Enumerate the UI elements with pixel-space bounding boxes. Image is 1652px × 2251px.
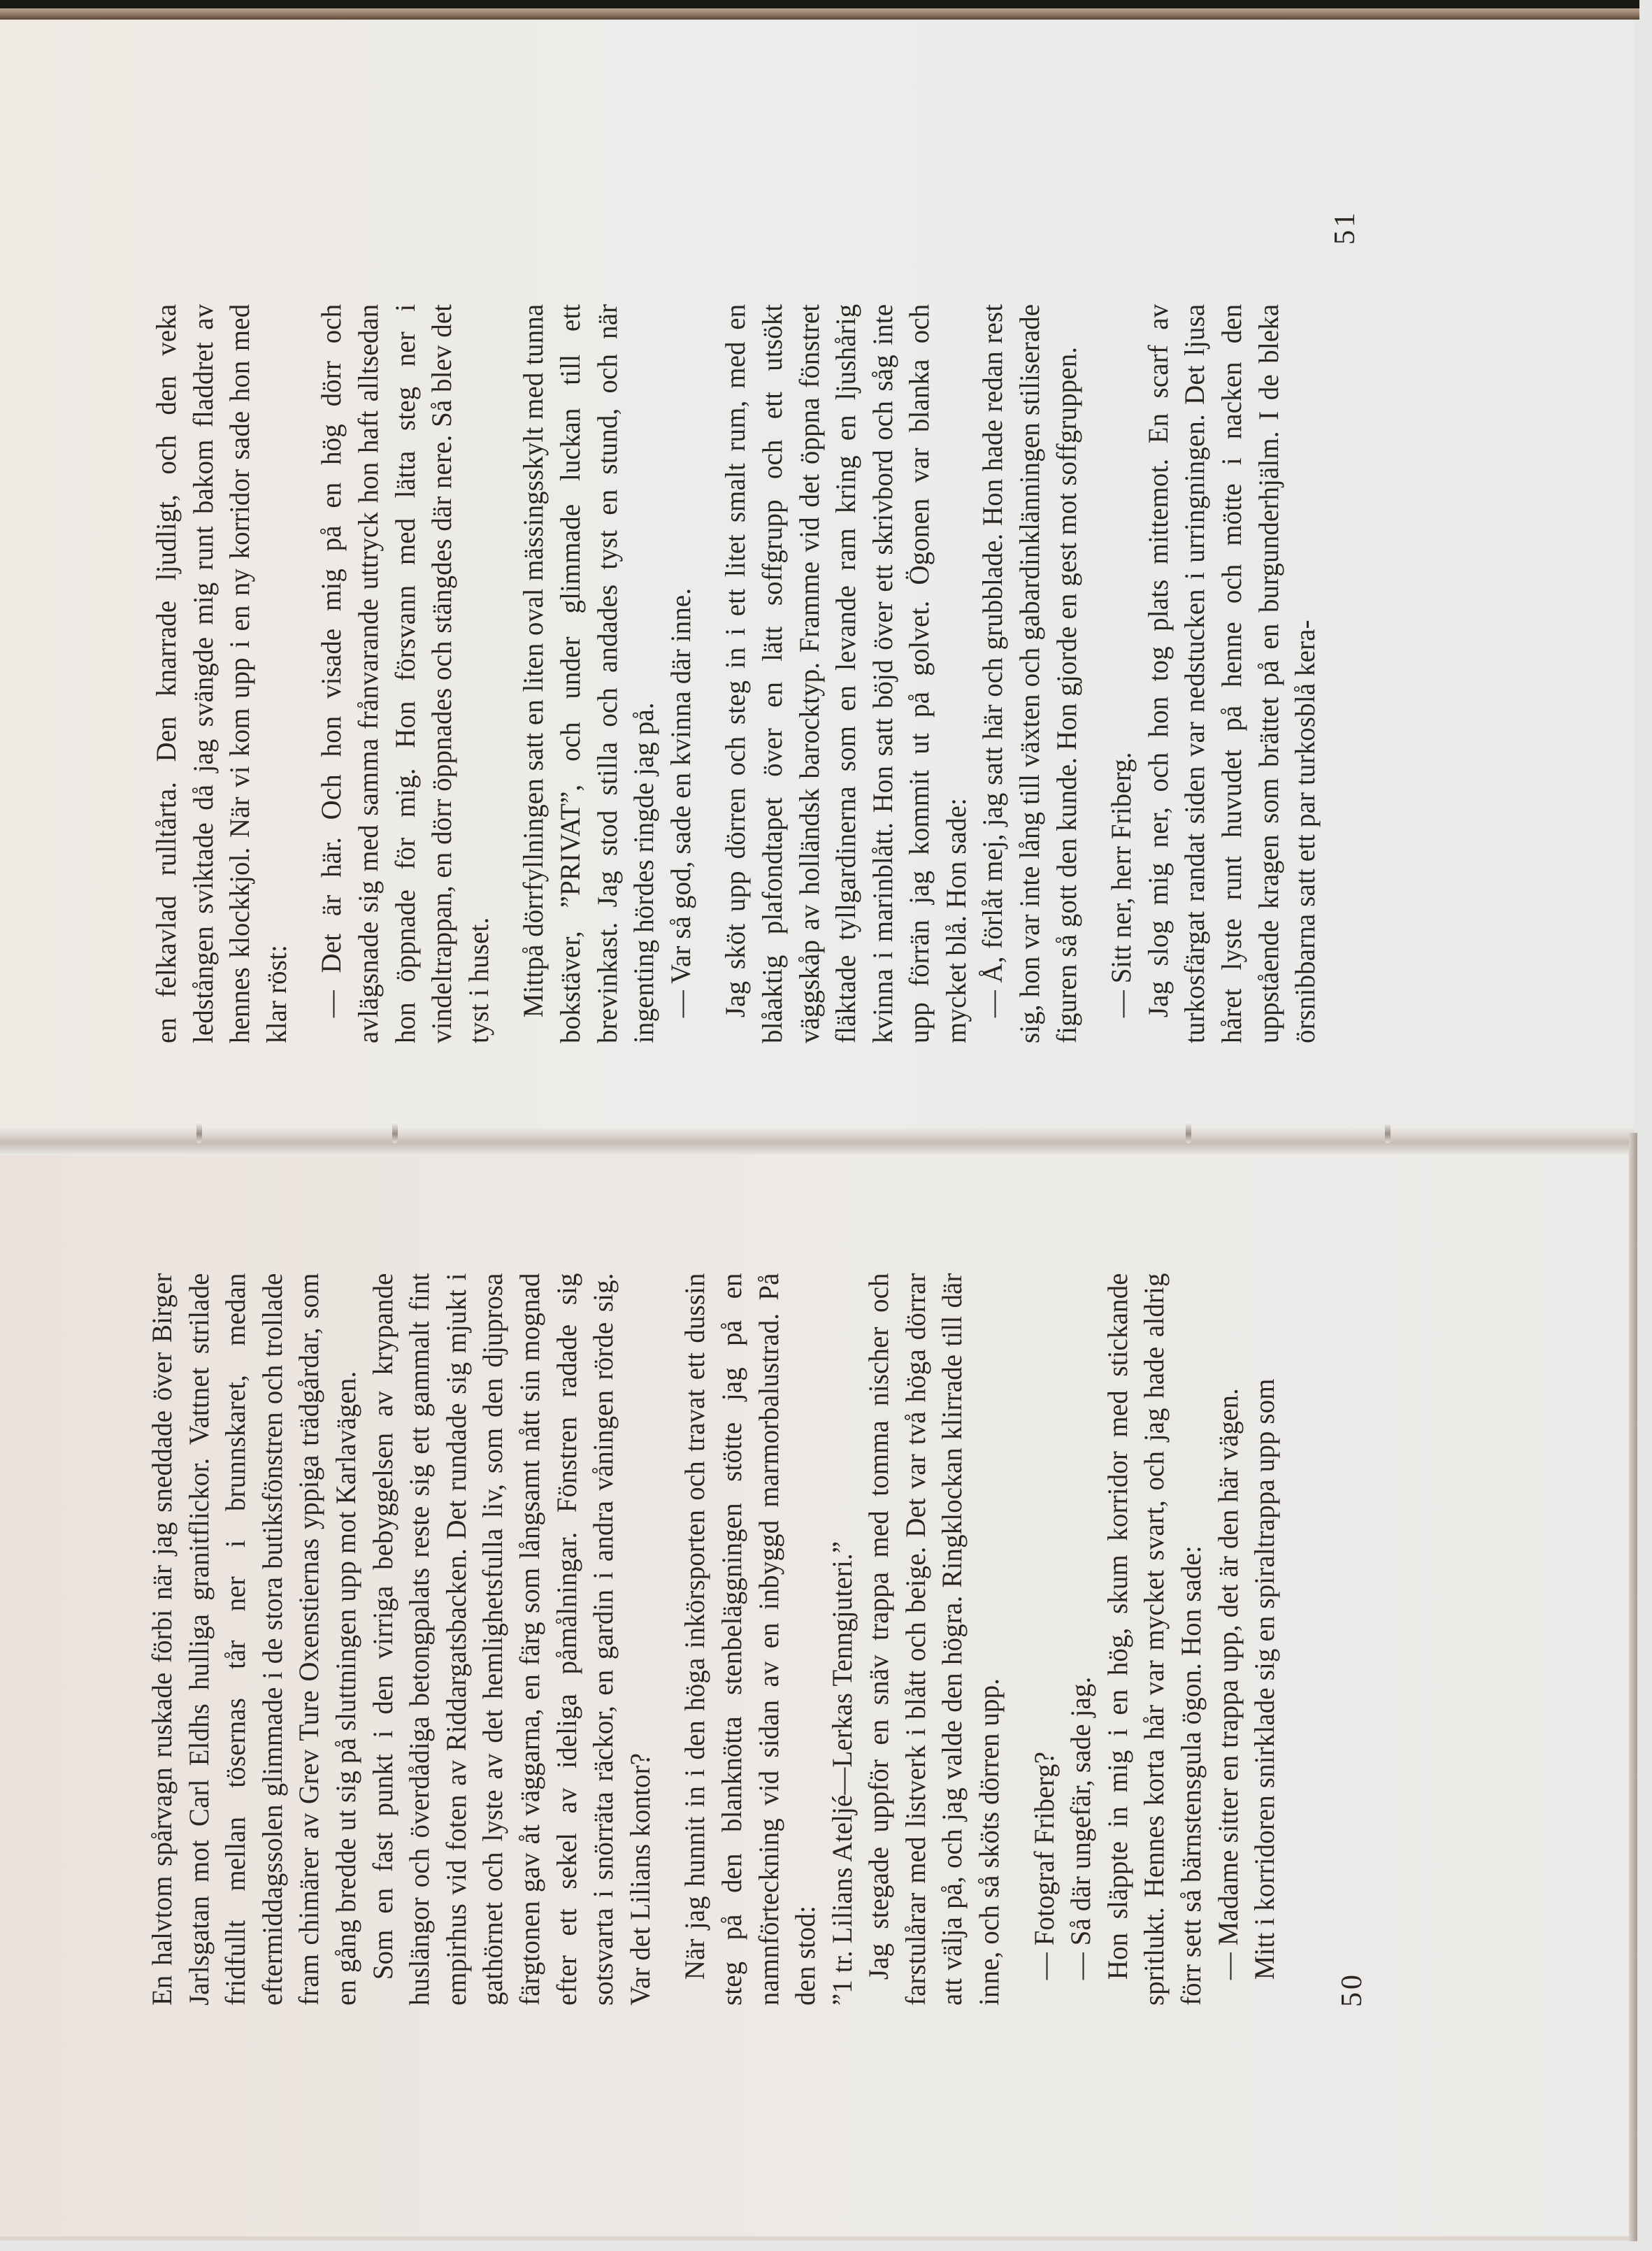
paragraph: Jag slog mig ner, och hon tog plats mitt… bbox=[1140, 304, 1324, 1043]
quoted-sign-text: ”1 tr. Lilians Ateljé—Lerkas Tenngjuteri… bbox=[824, 1273, 861, 2006]
page-number: 50 bbox=[1335, 1972, 1369, 2007]
book-top-edge bbox=[0, 8, 1639, 20]
paragraph: En halvtom spårvagn ruskade förbi när ja… bbox=[144, 1273, 365, 2006]
paragraph: Som en fast punkt i den virriga bebyggel… bbox=[365, 1273, 659, 2006]
page-edge-shadow bbox=[1629, 1133, 1637, 2241]
page-50-text: En halvtom spårvagn ruskade förbi när ja… bbox=[144, 1273, 1284, 2006]
paragraph: När jag hunnit in i den höga inkörsporte… bbox=[677, 1273, 824, 2006]
dialogue-line: — Madame sitter en trappa upp, det är de… bbox=[1210, 1273, 1247, 2006]
paragraph: Hon släppte in mig i en hög, skum korrid… bbox=[1100, 1273, 1210, 2006]
paragraph: — Var så god, sade en kvinna där inne. bbox=[663, 304, 700, 1043]
page-51: en felkavlad rulltårta. Den knarrade lju… bbox=[0, 21, 1629, 1133]
paragraph: en felkavlad rulltårta. Den knarrade lju… bbox=[148, 304, 295, 1043]
paragraph: Jag stegade uppför en snäv trappa med to… bbox=[861, 1273, 1007, 2006]
paragraph: — Sitt ner, herr Friberg. bbox=[1103, 304, 1140, 1043]
page-number: 51 bbox=[1328, 210, 1362, 245]
paragraph: — Å, förlåt mej, jag satt här och grubbl… bbox=[975, 304, 1085, 1043]
page-50: En halvtom spårvagn ruskade förbi när ja… bbox=[0, 1147, 1629, 2231]
page-51-text: en felkavlad rulltårta. Den knarrade lju… bbox=[148, 304, 1324, 1043]
paragraph: Mittpå dörrfyllningen satt en liten oval… bbox=[515, 304, 662, 1043]
dialogue-line: — Fotograf Friberg? bbox=[1026, 1273, 1063, 2006]
paragraph: — Det är här. Och hon visade mig på en h… bbox=[313, 304, 497, 1043]
paragraph: Mitt i korridoren snirklade sig en spira… bbox=[1247, 1273, 1284, 2006]
page-bottom-edge bbox=[0, 2236, 1629, 2241]
paragraph: Jag sköt upp dörren och steg in i ett li… bbox=[717, 304, 975, 1043]
dialogue-line: — Så där ungefär, sade jag. bbox=[1063, 1273, 1100, 2006]
